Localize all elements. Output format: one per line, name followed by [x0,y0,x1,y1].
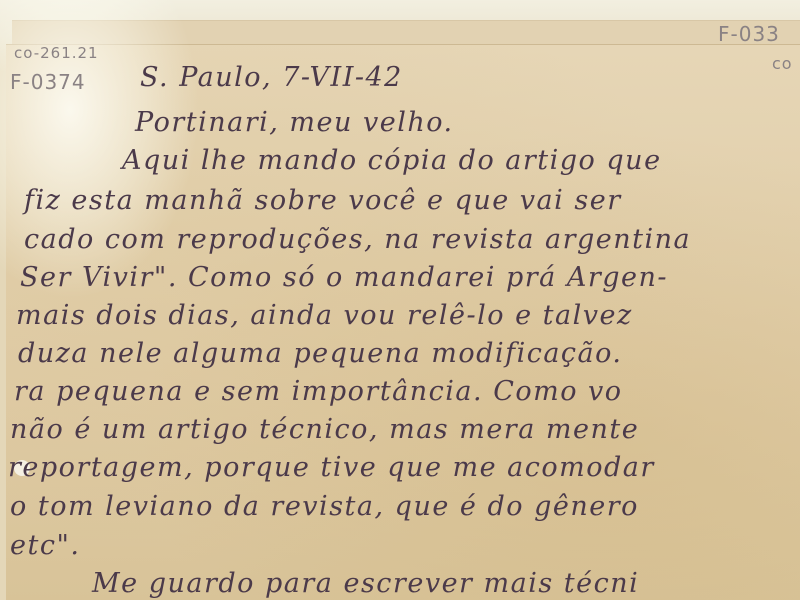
archive-code: co-261.21 [14,44,99,62]
letter-line: reportagem, porque tive que me acomodar [8,452,655,483]
letter-line: etc". [10,530,80,561]
letter-line: mais dois dias, ainda vou relê-lo e talv… [16,300,633,331]
letter-line: Me guardo para escrever mais técni [92,568,639,599]
letter-line: Aqui lhe mando cópia do artigo que [122,145,662,176]
letter-line: Ser Vivir". Como só o mandarei prá Argen… [20,262,668,293]
letter-line: o tom leviano da revista, que é do gêner… [10,491,639,522]
place-date: S. Paulo, 7-VII-42 [140,62,403,93]
letter-line: ra pequena e sem importância. Como vo [14,376,623,407]
letter-line: não é um artigo técnico, mas mera mente [10,414,639,445]
letter-line: fiz esta manhã sobre você e que vai ser [24,185,622,216]
back-sheet-reference: F-033 [718,22,780,46]
archive-reference: F-0374 [10,70,86,94]
letter-line: duza nele alguma pequena modificação. [18,338,623,369]
salutation: Portinari, meu velho. [135,107,454,138]
letter-line: cado com reproduções, na revista argenti… [24,224,691,255]
back-sheet-code: co [772,54,793,73]
